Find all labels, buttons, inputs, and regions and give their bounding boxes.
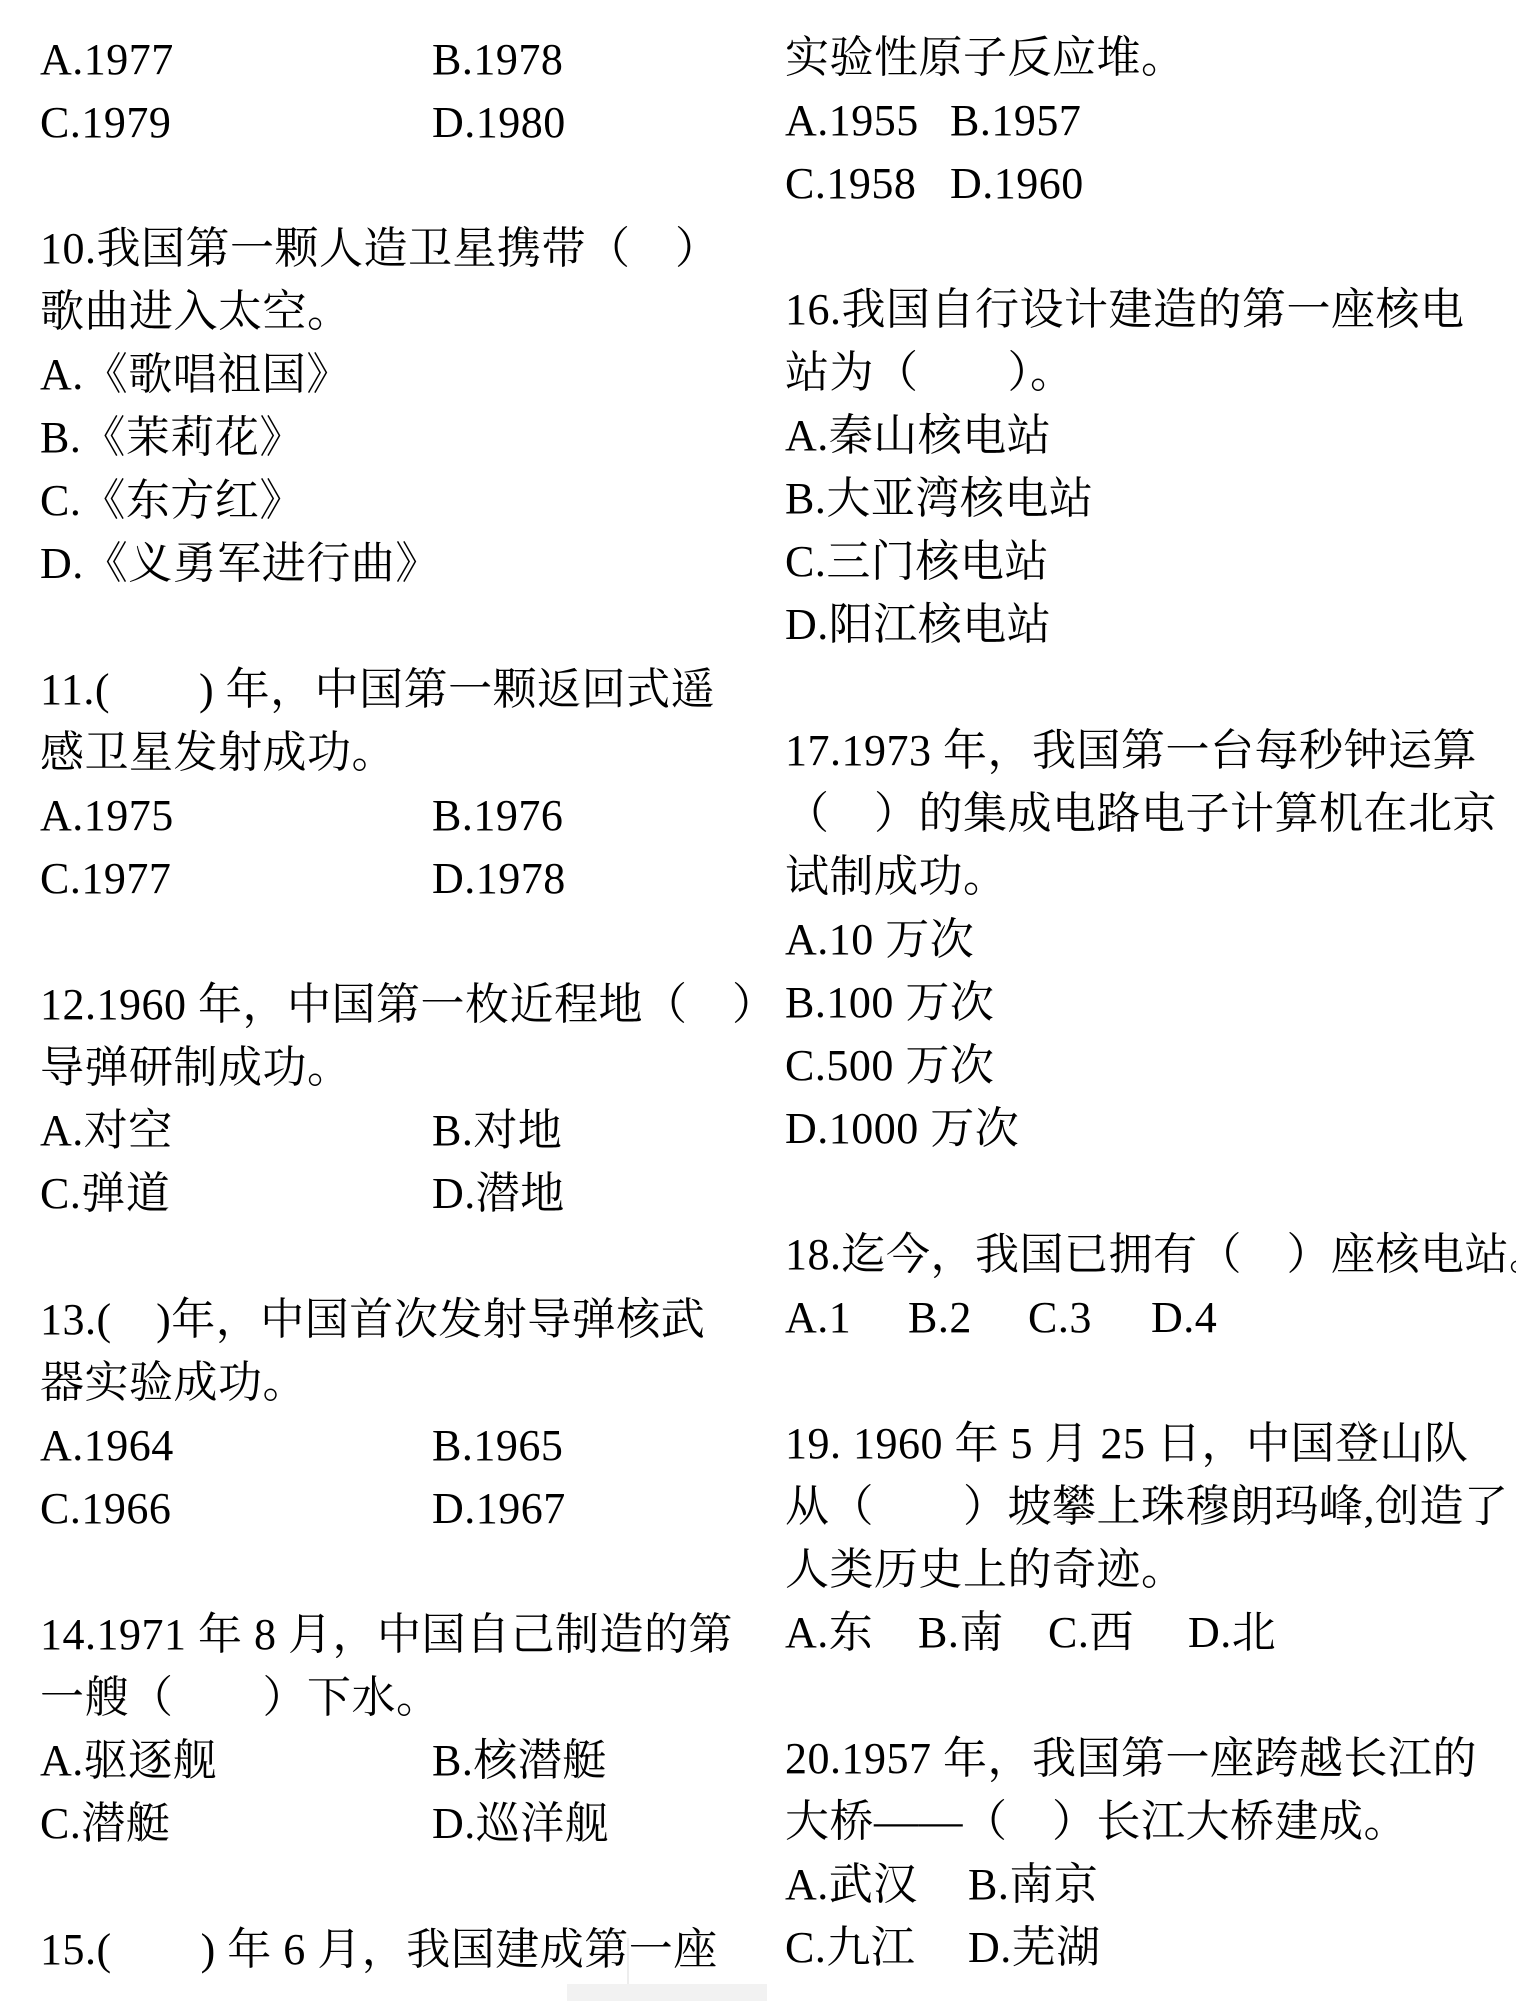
q9-option-c: C.1979 <box>40 91 432 154</box>
question-15-continued-block: 实验性原子反应堆。 A.1955 B.1957 C.1958 D.1960 <box>785 26 1491 215</box>
q13-option-row-cd: C.1966 D.1967 <box>40 1477 772 1540</box>
q11-stem-line2: 感卫星发射成功。 <box>40 721 772 784</box>
q13-stem-line1: 13.( )年，中国首次发射导弹核武 <box>40 1288 772 1351</box>
q11-option-b: B.1976 <box>432 784 563 847</box>
q14-option-a: A.驱逐舰 <box>40 1729 432 1792</box>
scan-seam-shadow <box>567 1984 767 2001</box>
q17-stem-line1: 17.1973 年，我国第一台每秒钟运算 <box>785 719 1491 782</box>
q20-option-row-cd: C.九江 D.芜湖 <box>785 1916 1491 1979</box>
q14-option-d: D.巡洋舰 <box>432 1792 609 1855</box>
quiz-page: A.1977 B.1978 C.1979 D.1980 10.我国第一颗人造卫星… <box>0 0 1516 2001</box>
q19-option-a: A.东 <box>785 1601 918 1664</box>
question-20-block: 20.1957 年，我国第一座跨越长江的 大桥——（ ）长江大桥建成。 A.武汉… <box>785 1727 1491 1979</box>
q16-stem-line1: 16.我国自行设计建造的第一座核电 <box>785 278 1491 341</box>
q20-stem-line1: 20.1957 年，我国第一座跨越长江的 <box>785 1727 1491 1790</box>
q18-option-b: B.2 <box>908 1286 1028 1349</box>
right-column: 实验性原子反应堆。 A.1955 B.1957 C.1958 D.1960 16… <box>785 0 1491 1979</box>
q18-option-d: D.4 <box>1151 1286 1217 1349</box>
q10-stem-line2: 歌曲进入太空。 <box>40 280 772 343</box>
q13-option-d: D.1967 <box>432 1477 566 1540</box>
question-19-block: 19. 1960 年 5 月 25 日，中国登山队 从（ ）坡攀上珠穆朗玛峰,创… <box>785 1412 1491 1664</box>
q12-option-row-ab: A.对空 B.对地 <box>40 1099 772 1162</box>
q19-option-row: A.东 B.南 C.西 D.北 <box>785 1601 1491 1664</box>
q12-option-d: D.潜地 <box>432 1162 565 1225</box>
q17-option-d: D.1000 万次 <box>785 1097 1491 1160</box>
q18-stem-line1: 18.迄今，我国已拥有（ ）座核电站。 <box>785 1223 1491 1286</box>
q19-option-c: C.西 <box>1048 1601 1188 1664</box>
q20-option-row-ab: A.武汉 B.南京 <box>785 1853 1491 1916</box>
q11-stem-line1: 11.( ) 年，中国第一颗返回式遥 <box>40 658 772 721</box>
q16-option-b: B.大亚湾核电站 <box>785 467 1491 530</box>
q15-stem-line1: 15.( ) 年 6 月，我国建成第一座 <box>40 1918 772 1981</box>
q16-stem-line2: 站为（ ）。 <box>785 341 1491 404</box>
q19-stem-line3: 人类历史上的奇迹。 <box>785 1538 1491 1601</box>
q12-stem-line2: 导弹研制成功。 <box>40 1036 772 1099</box>
question-13-block: 13.( )年，中国首次发射导弹核武 器实验成功。 A.1964 B.1965 … <box>40 1288 772 1540</box>
q11-option-row-cd: C.1977 D.1978 <box>40 847 772 910</box>
q13-option-c: C.1966 <box>40 1477 432 1540</box>
q9-option-a: A.1977 <box>40 28 432 91</box>
q15-option-d: D.1960 <box>950 152 1084 215</box>
q12-option-b: B.对地 <box>432 1099 562 1162</box>
question-17-block: 17.1973 年，我国第一台每秒钟运算 （ ）的集成电路电子计算机在北京 试制… <box>785 719 1491 1160</box>
q10-stem-line1: 10.我国第一颗人造卫星携带（ ） <box>40 217 772 280</box>
q20-stem-line2: 大桥——（ ）长江大桥建成。 <box>785 1790 1491 1853</box>
q15-option-a: A.1955 <box>785 89 950 152</box>
q17-stem-line3: 试制成功。 <box>785 845 1491 908</box>
q14-option-b: B.核潜艇 <box>432 1729 607 1792</box>
q12-option-a: A.对空 <box>40 1099 432 1162</box>
q15-stem-line2: 实验性原子反应堆。 <box>785 26 1491 89</box>
question-16-block: 16.我国自行设计建造的第一座核电 站为（ ）。 A.秦山核电站 B.大亚湾核电… <box>785 278 1491 656</box>
q10-option-d: D.《义勇军进行曲》 <box>40 532 772 595</box>
question-10-block: 10.我国第一颗人造卫星携带（ ） 歌曲进入太空。 A.《歌唱祖国》 B.《茉莉… <box>40 217 772 595</box>
q11-option-row-ab: A.1975 B.1976 <box>40 784 772 847</box>
q19-stem-line2: 从（ ）坡攀上珠穆朗玛峰,创造了 <box>785 1475 1491 1538</box>
q16-option-d: D.阳江核电站 <box>785 593 1491 656</box>
q18-option-a: A.1 <box>785 1286 908 1349</box>
q9-option-row-ab: A.1977 B.1978 <box>40 28 772 91</box>
q16-option-a: A.秦山核电站 <box>785 404 1491 467</box>
q11-option-c: C.1977 <box>40 847 432 910</box>
q13-option-a: A.1964 <box>40 1414 432 1477</box>
q15-option-row-cd: C.1958 D.1960 <box>785 152 1491 215</box>
q19-option-b: B.南 <box>918 1601 1048 1664</box>
q9-option-b: B.1978 <box>432 28 563 91</box>
q14-option-row-ab: A.驱逐舰 B.核潜艇 <box>40 1729 772 1792</box>
q14-option-row-cd: C.潜艇 D.巡洋舰 <box>40 1792 772 1855</box>
q19-stem-line1: 19. 1960 年 5 月 25 日，中国登山队 <box>785 1412 1491 1475</box>
q18-option-c: C.3 <box>1028 1286 1151 1349</box>
q14-option-c: C.潜艇 <box>40 1792 432 1855</box>
q12-option-row-cd: C.弹道 D.潜地 <box>40 1162 772 1225</box>
question-18-block: 18.迄今，我国已拥有（ ）座核电站。 A.1 B.2 C.3 D.4 <box>785 1223 1491 1349</box>
q20-option-c: C.九江 <box>785 1916 968 1979</box>
q15-option-b: B.1957 <box>950 89 1081 152</box>
q14-stem-line2: 一艘（ ）下水。 <box>40 1666 772 1729</box>
question-14-block: 14.1971 年 8 月，中国自己制造的第 一艘（ ）下水。 A.驱逐舰 B.… <box>40 1603 772 1855</box>
q11-option-a: A.1975 <box>40 784 432 847</box>
q17-option-b: B.100 万次 <box>785 971 1491 1034</box>
q12-option-c: C.弹道 <box>40 1162 432 1225</box>
q19-option-d: D.北 <box>1188 1601 1276 1664</box>
q20-option-d: D.芜湖 <box>968 1916 1101 1979</box>
q9-option-d: D.1980 <box>432 91 566 154</box>
q12-stem-line1: 12.1960 年，中国第一枚近程地（ ） <box>40 973 772 1036</box>
q13-option-row-ab: A.1964 B.1965 <box>40 1414 772 1477</box>
q15-option-row-ab: A.1955 B.1957 <box>785 89 1491 152</box>
q13-option-b: B.1965 <box>432 1414 563 1477</box>
q10-option-c: C.《东方红》 <box>40 469 772 532</box>
q18-option-row: A.1 B.2 C.3 D.4 <box>785 1286 1491 1349</box>
question-15-block: 15.( ) 年 6 月，我国建成第一座 <box>40 1918 772 1981</box>
left-column: A.1977 B.1978 C.1979 D.1980 10.我国第一颗人造卫星… <box>40 0 772 1981</box>
q16-option-c: C.三门核电站 <box>785 530 1491 593</box>
question-12-block: 12.1960 年，中国第一枚近程地（ ） 导弹研制成功。 A.对空 B.对地 … <box>40 973 772 1225</box>
q20-option-b: B.南京 <box>968 1853 1098 1916</box>
q17-stem-line2: （ ）的集成电路电子计算机在北京 <box>785 782 1491 845</box>
q17-option-c: C.500 万次 <box>785 1034 1491 1097</box>
question-9-options-block: A.1977 B.1978 C.1979 D.1980 <box>40 28 772 154</box>
q10-option-b: B.《茉莉花》 <box>40 406 772 469</box>
q13-stem-line2: 器实验成功。 <box>40 1351 772 1414</box>
q20-option-a: A.武汉 <box>785 1853 968 1916</box>
q10-option-a: A.《歌唱祖国》 <box>40 343 772 406</box>
question-11-block: 11.( ) 年，中国第一颗返回式遥 感卫星发射成功。 A.1975 B.197… <box>40 658 772 910</box>
q9-option-row-cd: C.1979 D.1980 <box>40 91 772 154</box>
q17-option-a: A.10 万次 <box>785 908 1491 971</box>
q14-stem-line1: 14.1971 年 8 月，中国自己制造的第 <box>40 1603 772 1666</box>
q11-option-d: D.1978 <box>432 847 566 910</box>
q15-option-c: C.1958 <box>785 152 950 215</box>
